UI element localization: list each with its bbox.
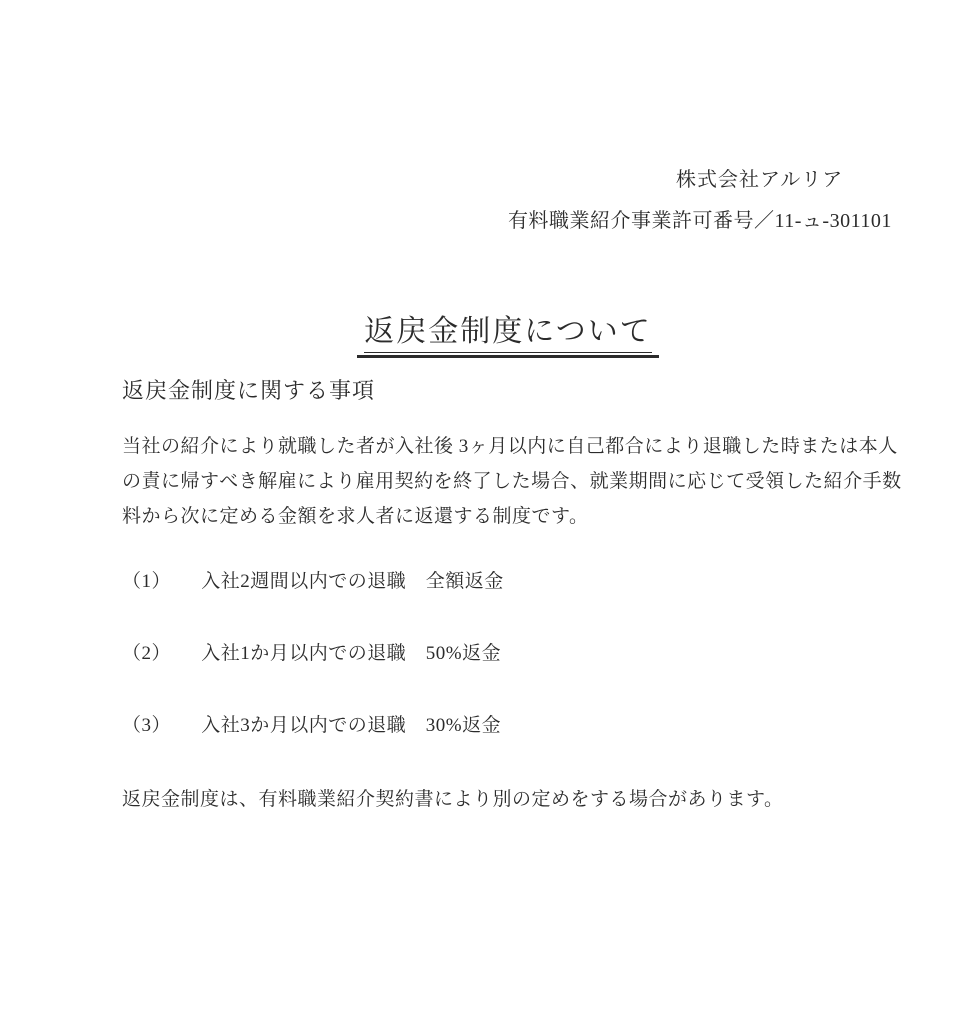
item-number: （3）: [122, 710, 196, 737]
note-line: 返戻金制度は、有料職業紹介契約書により別の定めをする場合があります。: [122, 784, 783, 811]
paragraph-line: 料から次に定める金額を求人者に返還する制度です。: [122, 506, 588, 527]
company-name: 株式会社アルリア: [676, 163, 843, 192]
item-text: 入社2週間以内での退職 全額返金: [201, 571, 504, 592]
paragraph-line: 当社の紹介により就職した者が入社後 3ヶ月以内に自己都合により退職した時または本…: [122, 436, 898, 457]
list-item: （3） 入社3か月以内での退職 30%返金: [122, 710, 501, 737]
title-underline: 返戻金制度について: [357, 306, 658, 358]
section-heading: 返戻金制度に関する事項: [122, 374, 375, 405]
title-row: 返戻金制度について: [0, 306, 964, 358]
body-paragraph: 当社の紹介により就職した者が入社後 3ヶ月以内に自己都合により退職した時または本…: [122, 429, 922, 534]
item-text: 入社3か月以内での退職 30%返金: [201, 715, 501, 736]
license-number: 有料職業紹介事業許可番号／11-ュ-301101: [508, 204, 892, 233]
list-item: （1） 入社2週間以内での退職 全額返金: [122, 566, 504, 593]
page-title: 返戻金制度について: [364, 306, 651, 353]
item-number: （1）: [122, 566, 196, 593]
list-item: （2） 入社1か月以内での退職 50%返金: [122, 638, 501, 665]
paragraph-line: の責に帰すべき解雇により雇用契約を終了した場合、就業期間に応じて受領した紹介手数: [122, 471, 902, 492]
document-page: 株式会社アルリア 有料職業紹介事業許可番号／11-ュ-301101 返戻金制度に…: [0, 0, 964, 1024]
item-number: （2）: [122, 638, 196, 665]
item-text: 入社1か月以内での退職 50%返金: [201, 643, 501, 664]
